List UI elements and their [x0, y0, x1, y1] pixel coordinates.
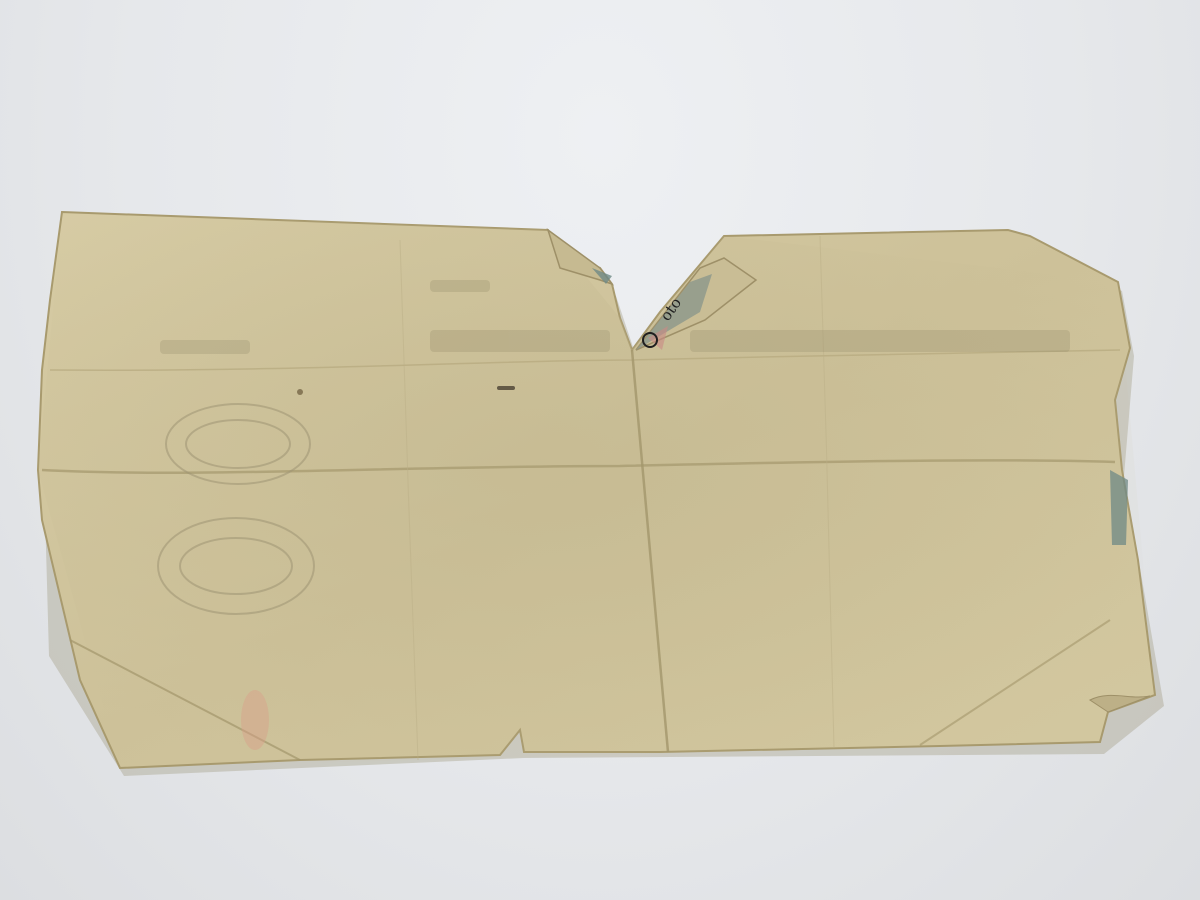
right-edge-curl	[1110, 470, 1128, 545]
red-stain	[241, 690, 269, 750]
banknote-illustration: oto	[0, 0, 1200, 900]
photo-scene: oto	[0, 0, 1200, 900]
